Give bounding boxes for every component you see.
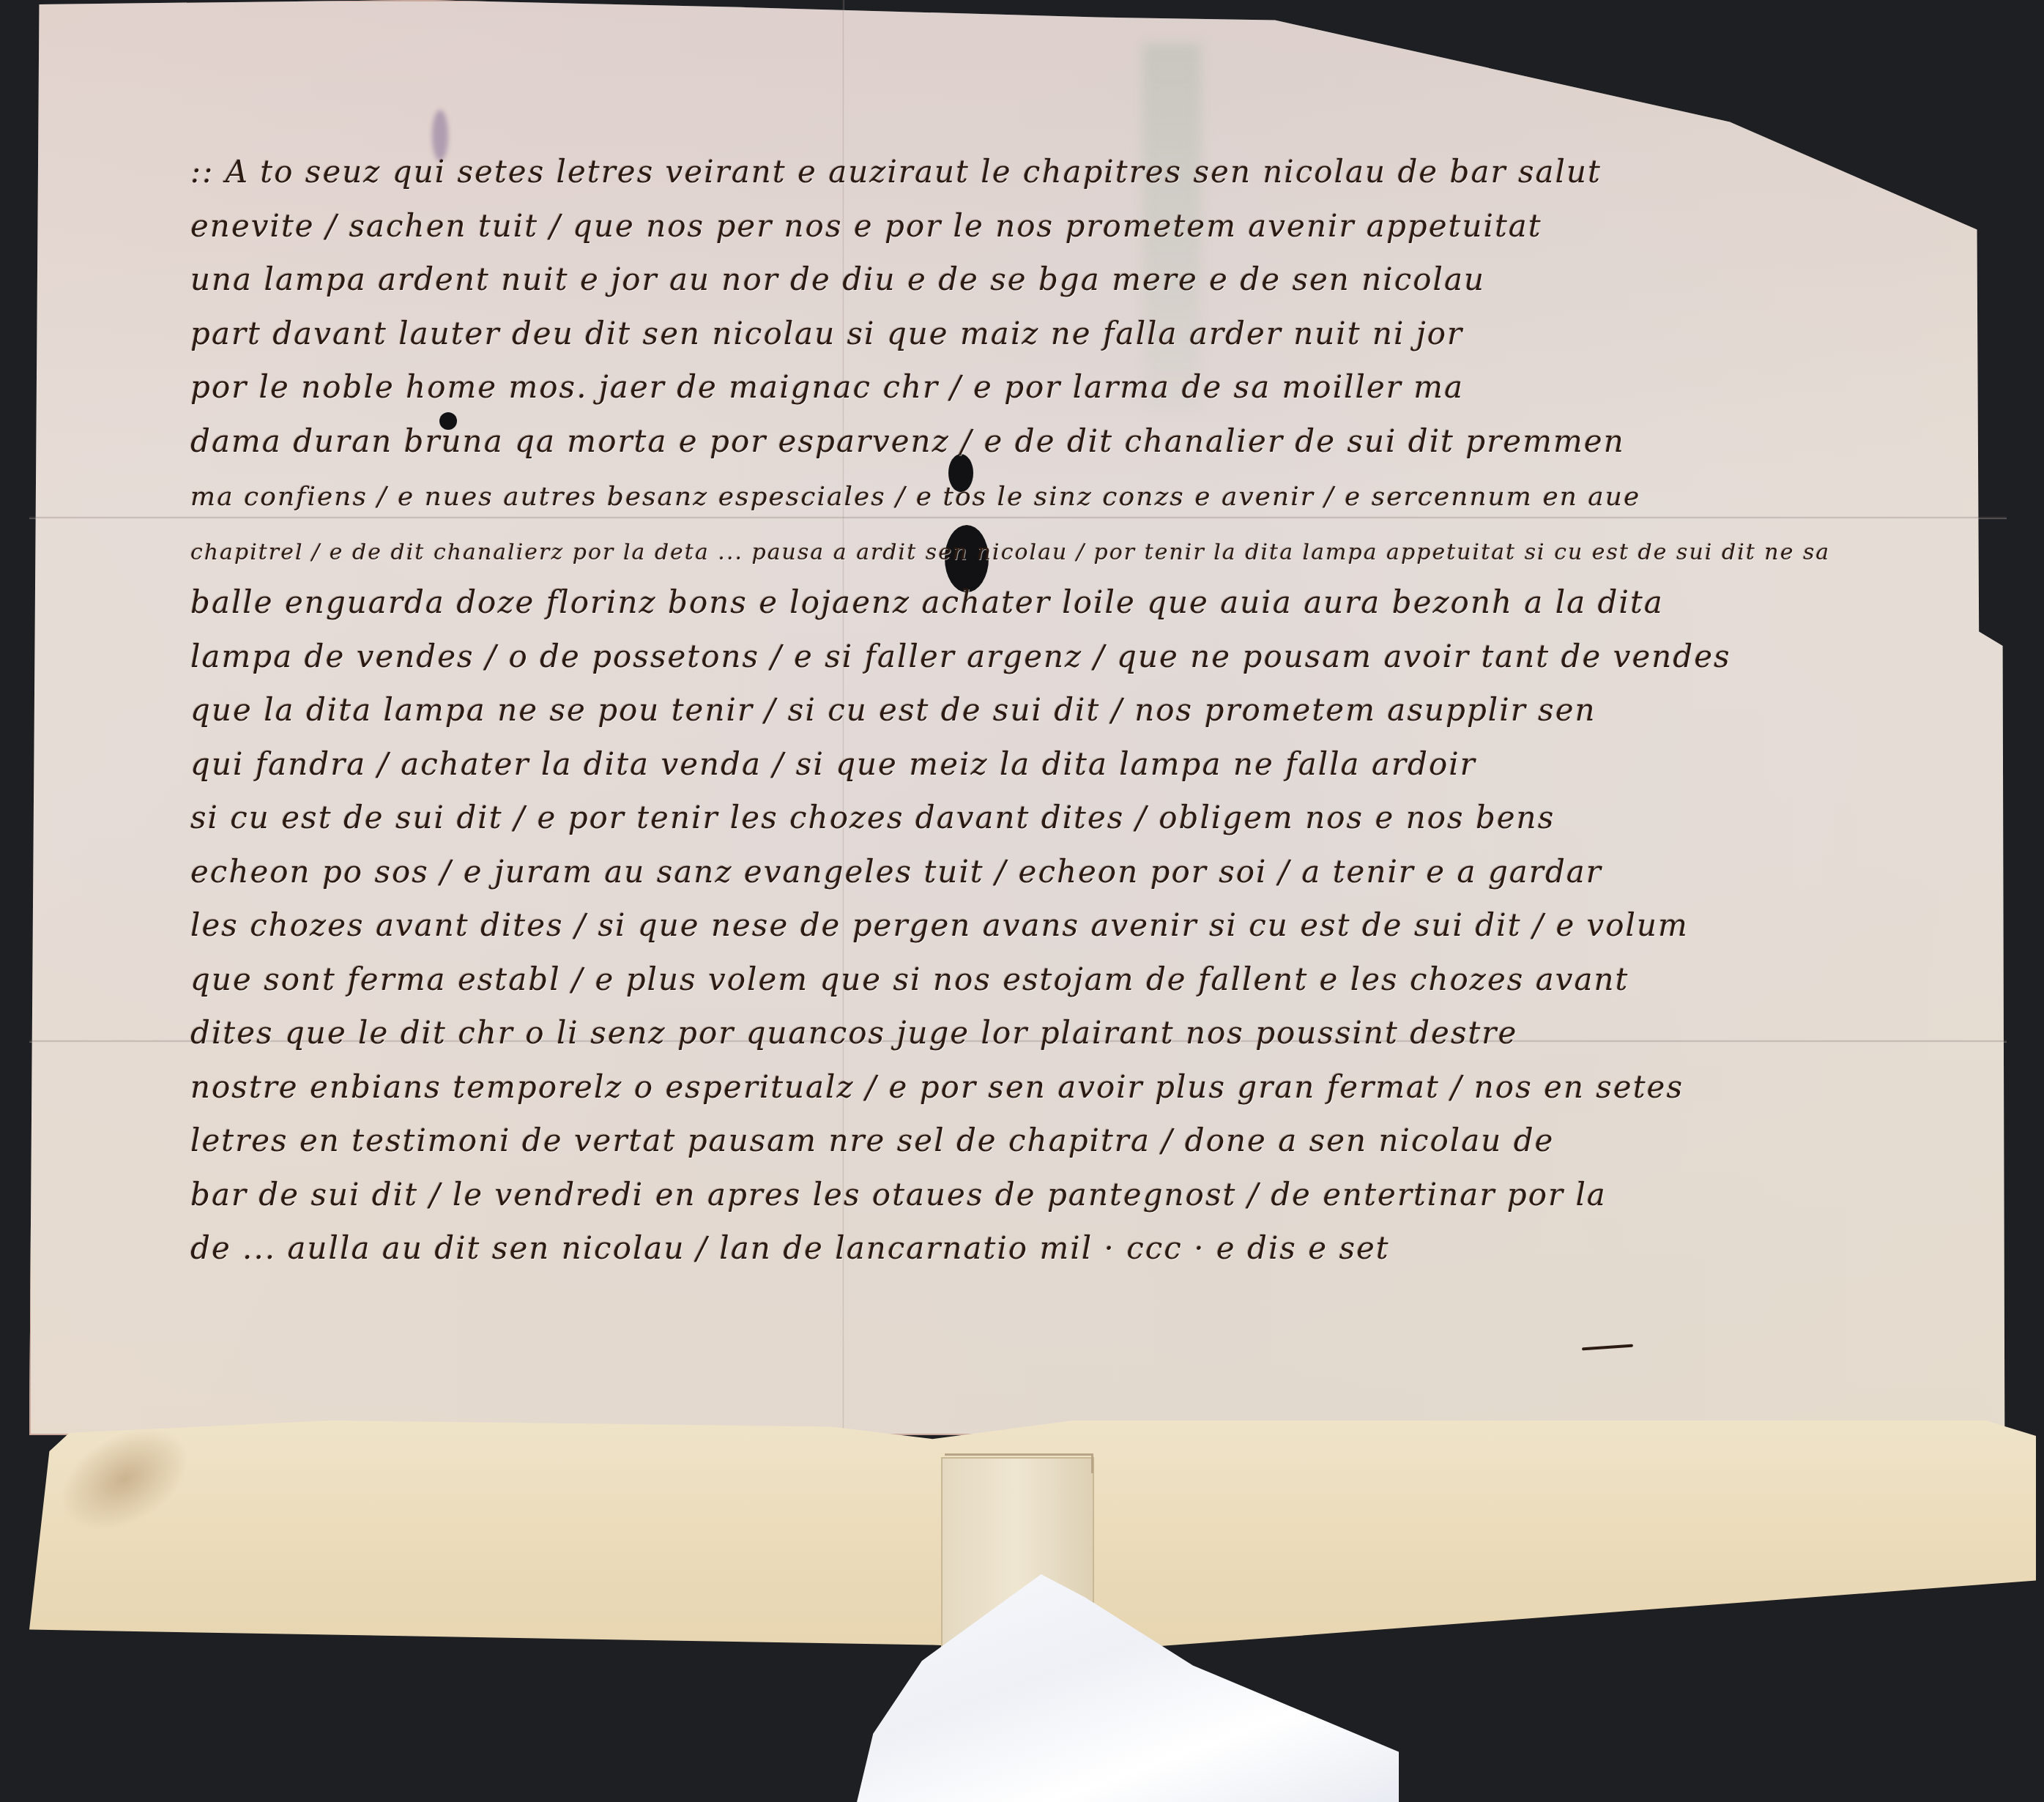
text-line-19: letres en testimoni de vertat pausam nre… [190,1122,1948,1177]
text-line-16: que sont ferma establ / e plus volem que… [190,961,1948,1016]
text-line-6: dama duran bruna qa morta e por esparven… [190,423,1948,477]
text-line-3: una lampa ardent nuit e jor au nor de di… [190,261,1948,316]
text-line-11: que la dita lampa ne se pou tenir / si c… [190,692,1948,746]
charter-text: :: A to seuz qui setes letres veirant e … [190,154,1948,1284]
text-line-10: lampa de vendes / o de possetons / e si … [190,638,1948,693]
seal-tag-slot [945,1453,1093,1473]
text-line-21: de ... aulla au dit sen nicolau / lan de… [190,1230,1948,1284]
text-line-20: bar de sui dit / le vendredi en apres le… [190,1177,1948,1231]
text-line-5: por le noble home mos. jaer de maignac c… [190,369,1948,423]
text-line-9: balle enguarda doze florinz bons e lojae… [190,584,1948,638]
text-line-17: dites que le dit chr o li senz por quanc… [190,1015,1948,1069]
text-line-4: part davant lauter deu dit sen nicolau s… [190,316,1948,370]
text-line-12: qui fandra / achater la dita venda / si … [190,746,1948,800]
text-line-7: ma confiens / e nues autres besanz espes… [190,477,1948,531]
text-line-8: chapitrel / e de dit chanalierz por la d… [190,531,1948,585]
text-line-14: echeon po sos / e juram au sanz evangele… [190,854,1948,908]
text-line-13: si cu est de sui dit / e por tenir les c… [190,800,1948,854]
text-line-18: nostre enbians temporelz o esperitualz /… [190,1069,1948,1123]
text-line-2: enevite / sachen tuit / que nos per nos … [190,208,1948,262]
text-line-1: :: A to seuz qui setes letres veirant e … [190,154,1948,208]
text-line-15: les chozes avant dites / si que nese de … [190,907,1948,961]
